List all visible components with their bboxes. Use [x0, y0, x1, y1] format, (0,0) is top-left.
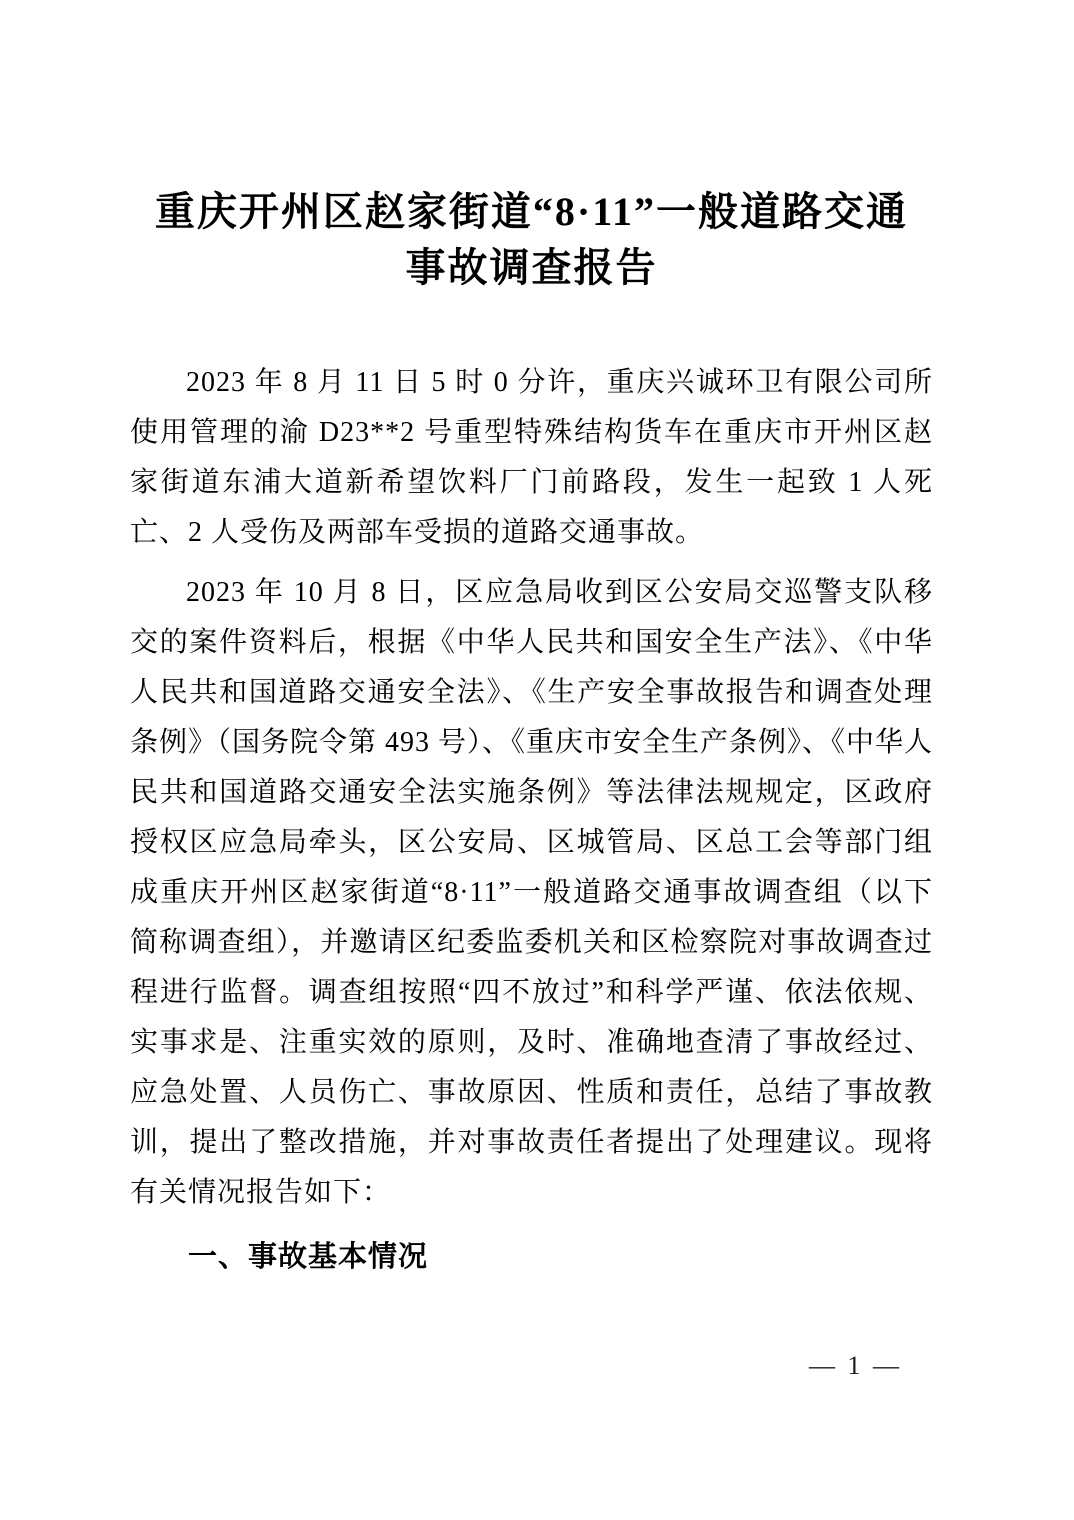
section-heading-basic-situation: 一、事故基本情况	[130, 1232, 933, 1282]
document-title-line-2: 事故调查报告	[130, 240, 933, 296]
paragraph-investigation-background: 2023 年 10 月 8 日，区应急局收到区公安局交巡警支队移交的案件资料后，…	[130, 568, 933, 1218]
document-page: 重庆开州区赵家街道“8·11”一般道路交通 事故调查报告 2023 年 8 月 …	[0, 0, 1074, 1520]
paragraph-accident-summary: 2023 年 8 月 11 日 5 时 0 分许，重庆兴诚环卫有限公司所使用管理…	[130, 358, 933, 558]
document-title: 重庆开州区赵家街道“8·11”一般道路交通 事故调查报告	[130, 184, 933, 296]
document-title-line-1: 重庆开州区赵家街道“8·11”一般道路交通	[130, 184, 933, 240]
document-body: 2023 年 8 月 11 日 5 时 0 分许，重庆兴诚环卫有限公司所使用管理…	[130, 358, 933, 1218]
page-number: — 1 —	[809, 1350, 902, 1382]
